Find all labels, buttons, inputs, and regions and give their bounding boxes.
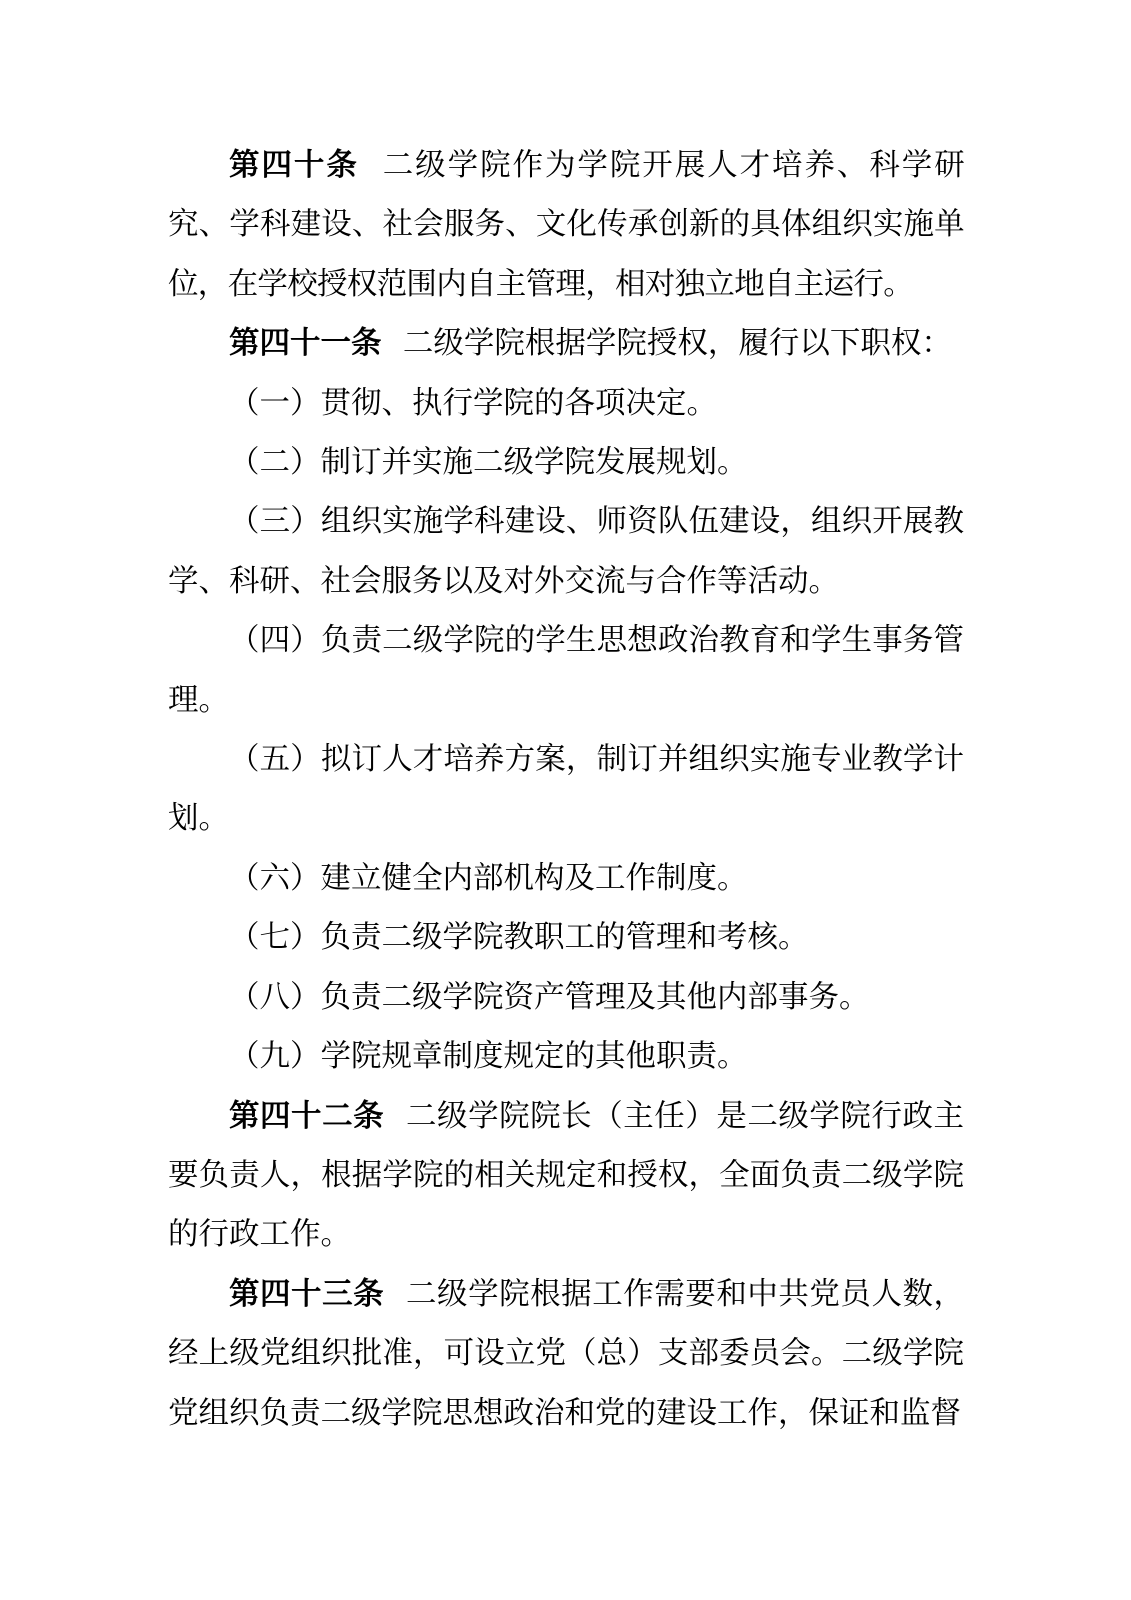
list-item-text: （四）负责二级学院的学生思想政治教育和学生事务管理。: [168, 623, 964, 716]
article-number: 第四十条: [229, 148, 359, 182]
list-item-5: （五）拟订人才培养方案，制订并组织实施专业教学计划。: [168, 730, 964, 849]
article-number: 第四十三条: [229, 1277, 384, 1311]
list-item-7: （七）负责二级学院教职工的管理和考核。: [168, 908, 964, 967]
list-item-9: （九）学院规章制度规定的其他职责。: [168, 1027, 964, 1086]
list-item-6: （六）建立健全内部机构及工作制度。: [168, 849, 964, 908]
list-item-3: （三）组织实施学科建设、师资队伍建设，组织开展教学、科研、社会服务以及对外交流与…: [168, 492, 964, 611]
document-page: 第四十条二级学院作为学院开展人才培养、科学研究、学科建设、社会服务、文化传承创新…: [0, 0, 1131, 1600]
list-item-2: （二）制订并实施二级学院发展规划。: [168, 433, 964, 492]
list-item-text: （六）建立健全内部机构及工作制度。: [229, 861, 748, 895]
list-item-4: （四）负责二级学院的学生思想政治教育和学生事务管理。: [168, 611, 964, 730]
article-paragraph-41: 第四十一条二级学院根据学院授权，履行以下职权：: [168, 314, 964, 373]
article-body-text: 二级学院根据学院授权，履行以下职权：: [403, 326, 952, 360]
list-item-text: （七）负责二级学院教职工的管理和考核。: [229, 920, 809, 954]
list-item-text: （二）制订并实施二级学院发展规划。: [229, 445, 748, 479]
list-item-text: （八）负责二级学院资产管理及其他内部事务。: [229, 980, 870, 1014]
list-item-8: （八）负责二级学院资产管理及其他内部事务。: [168, 968, 964, 1027]
article-paragraph-43: 第四十三条二级学院根据工作需要和中共党员人数，经上级党组织批准，可设立党（总）支…: [168, 1265, 964, 1443]
list-item-text: （一）贯彻、执行学院的各项决定。: [229, 386, 717, 420]
document-body: 第四十条二级学院作为学院开展人才培养、科学研究、学科建设、社会服务、文化传承创新…: [168, 136, 964, 1443]
list-item-text: （九）学院规章制度规定的其他职责。: [229, 1039, 748, 1073]
article-number: 第四十二条: [229, 1099, 384, 1133]
list-item-1: （一）贯彻、执行学院的各项决定。: [168, 374, 964, 433]
list-item-text: （五）拟订人才培养方案，制订并组织实施专业教学计划。: [168, 742, 964, 835]
article-number: 第四十一条: [229, 326, 382, 360]
article-paragraph-42: 第四十二条二级学院院长（主任）是二级学院行政主要负责人，根据学院的相关规定和授权…: [168, 1087, 964, 1265]
article-paragraph-40: 第四十条二级学院作为学院开展人才培养、科学研究、学科建设、社会服务、文化传承创新…: [168, 136, 964, 314]
list-item-text: （三）组织实施学科建设、师资队伍建设，组织开展教学、科研、社会服务以及对外交流与…: [168, 504, 964, 597]
